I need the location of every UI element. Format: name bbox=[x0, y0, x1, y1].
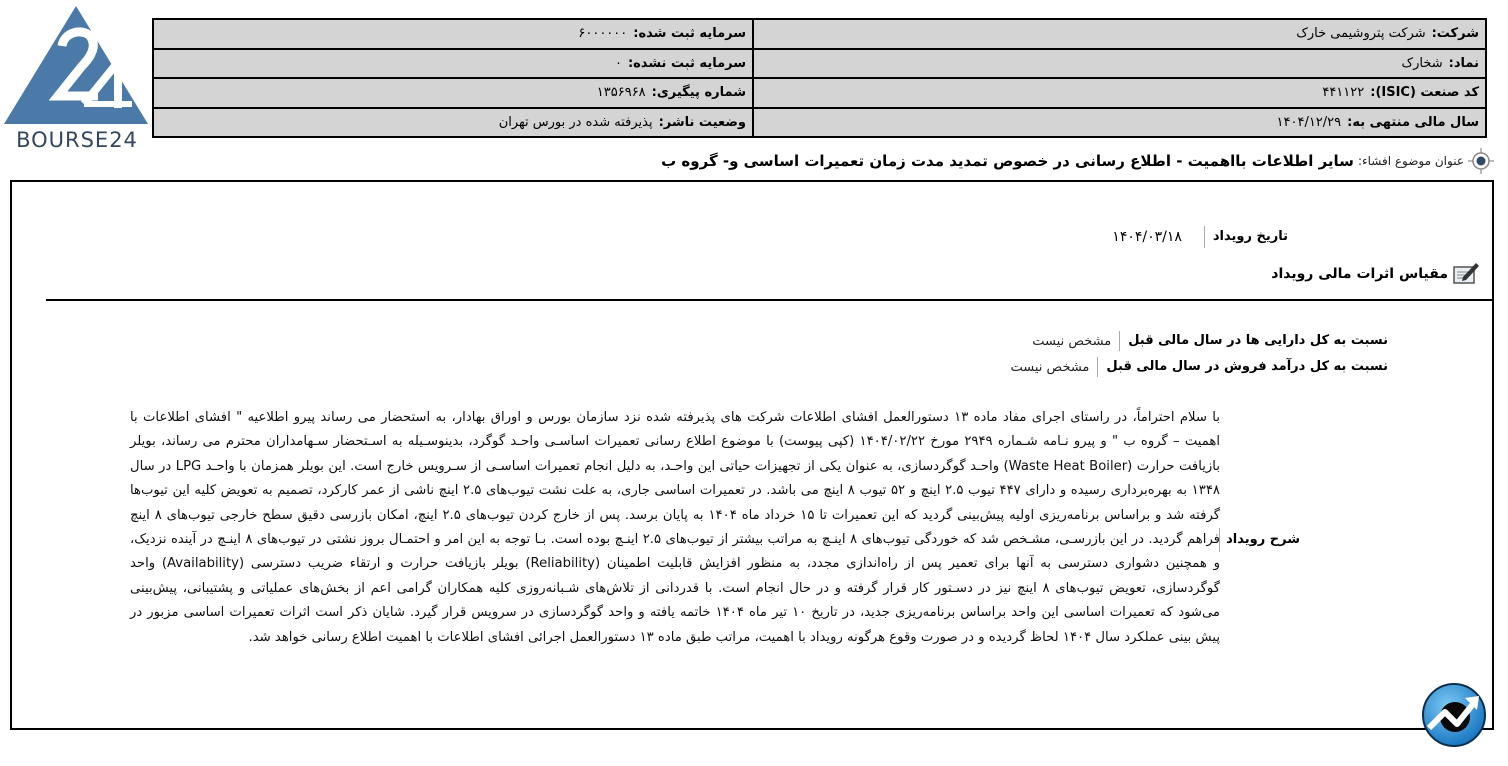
event-date-row: تاریخ رویداد ۱۴۰۴/۰۳/۱۸ bbox=[1112, 226, 1288, 248]
tracking-number-label: شماره پیگیری: bbox=[652, 85, 746, 100]
company-info-left-column: سرمایه ثبت شده: ۶۰۰۰۰۰۰ سرمایه ثبت نشده:… bbox=[154, 20, 752, 136]
ratio-total-assets-value: مشخص نیست bbox=[1032, 334, 1111, 349]
ratio-total-revenue-label: نسبت به کل درآمد فروش در سال مالی قبل bbox=[1097, 357, 1388, 377]
event-description-text: با سلام احتراماً، در راستای اجرای مفاد م… bbox=[130, 406, 1220, 650]
ratio-total-assets-label: نسبت به کل دارایی ها در سال مالی قبل bbox=[1119, 331, 1388, 351]
event-details-box: تاریخ رویداد ۱۴۰۴/۰۳/۱۸ مقیاس اثرات مالی… bbox=[10, 180, 1494, 730]
publisher-status-cell: وضعیت ناشر: پذیرفته شده در بورس تهران bbox=[154, 109, 752, 137]
target-icon bbox=[1468, 148, 1494, 174]
publisher-status-value: پذیرفته شده در بورس تهران bbox=[499, 115, 653, 130]
logo-brand-text: BOURSE24 bbox=[2, 128, 152, 152]
company-info-table: شرکت: شرکت پتروشیمی خارک نماد: شخارک کد … bbox=[152, 18, 1487, 138]
triangle-logo-icon bbox=[2, 4, 150, 128]
financial-impact-title: مقیاس اثرات مالی رویداد bbox=[1271, 266, 1448, 282]
isic-cell: کد صنعت (ISIC): ۴۴۱۱۲۲ bbox=[754, 79, 1485, 109]
registered-capital-value: ۶۰۰۰۰۰۰ bbox=[578, 26, 627, 41]
ratio-total-revenue-row: نسبت به کل درآمد فروش در سال مالی قبل مش… bbox=[1010, 354, 1388, 380]
fiscal-year-label: سال مالی منتهی به: bbox=[1347, 115, 1479, 130]
isic-value: ۴۴۱۱۲۲ bbox=[1322, 85, 1364, 100]
event-date-label: تاریخ رویداد bbox=[1204, 226, 1288, 248]
bourse24-logo: BOURSE24 bbox=[2, 4, 150, 150]
trend-up-badge-icon bbox=[1421, 682, 1487, 748]
tracking-number-cell: شماره پیگیری: ۱۳۵۶۹۶۸ bbox=[154, 79, 752, 109]
company-name-label: شرکت: bbox=[1432, 26, 1479, 41]
event-description-label: شرح رویداد bbox=[1219, 528, 1300, 552]
registered-capital-label: سرمایه ثبت شده: bbox=[633, 26, 746, 41]
tracking-number-value: ۱۳۵۶۹۶۸ bbox=[597, 85, 646, 100]
registered-capital-cell: سرمایه ثبت شده: ۶۰۰۰۰۰۰ bbox=[154, 20, 752, 50]
edit-pencil-icon bbox=[1452, 262, 1480, 286]
company-name-value: شرکت پتروشیمی خارک bbox=[1296, 26, 1425, 41]
isic-label: کد صنعت (ISIC): bbox=[1370, 85, 1479, 100]
section-divider bbox=[46, 299, 1492, 301]
fiscal-year-value: ۱۴۰۴/۱۲/۲۹ bbox=[1277, 115, 1342, 130]
symbol-value: شخارک bbox=[1401, 56, 1442, 71]
impact-ratios: نسبت به کل دارایی ها در سال مالی قبل مشخ… bbox=[1010, 328, 1388, 380]
subject-title: سایر اطلاعات بااهمیت - اطلاع رسانی در خص… bbox=[661, 152, 1354, 170]
disclosure-subject: عنوان موضوع افشاء: سایر اطلاعات بااهمیت … bbox=[661, 148, 1494, 174]
company-info-right-column: شرکت: شرکت پتروشیمی خارک نماد: شخارک کد … bbox=[752, 20, 1485, 136]
publisher-status-label: وضعیت ناشر: bbox=[659, 115, 746, 130]
financial-impact-heading: مقیاس اثرات مالی رویداد bbox=[1271, 262, 1480, 286]
subject-label: عنوان موضوع افشاء: bbox=[1358, 154, 1464, 168]
unregistered-capital-cell: سرمایه ثبت نشده: ۰ bbox=[154, 50, 752, 80]
company-name-cell: شرکت: شرکت پتروشیمی خارک bbox=[754, 20, 1485, 50]
event-description-paragraph: با سلام احتراماً، در راستای اجرای مفاد م… bbox=[130, 406, 1220, 650]
unregistered-capital-label: سرمایه ثبت نشده: bbox=[628, 56, 746, 71]
unregistered-capital-value: ۰ bbox=[615, 56, 622, 71]
symbol-label: نماد: bbox=[1449, 56, 1479, 71]
event-date-value: ۱۴۰۴/۰۳/۱۸ bbox=[1112, 229, 1182, 245]
ratio-total-assets-row: نسبت به کل دارایی ها در سال مالی قبل مشخ… bbox=[1010, 328, 1388, 354]
symbol-cell: نماد: شخارک bbox=[754, 50, 1485, 80]
fiscal-year-cell: سال مالی منتهی به: ۱۴۰۴/۱۲/۲۹ bbox=[754, 109, 1485, 137]
ratio-total-revenue-value: مشخص نیست bbox=[1010, 360, 1089, 375]
